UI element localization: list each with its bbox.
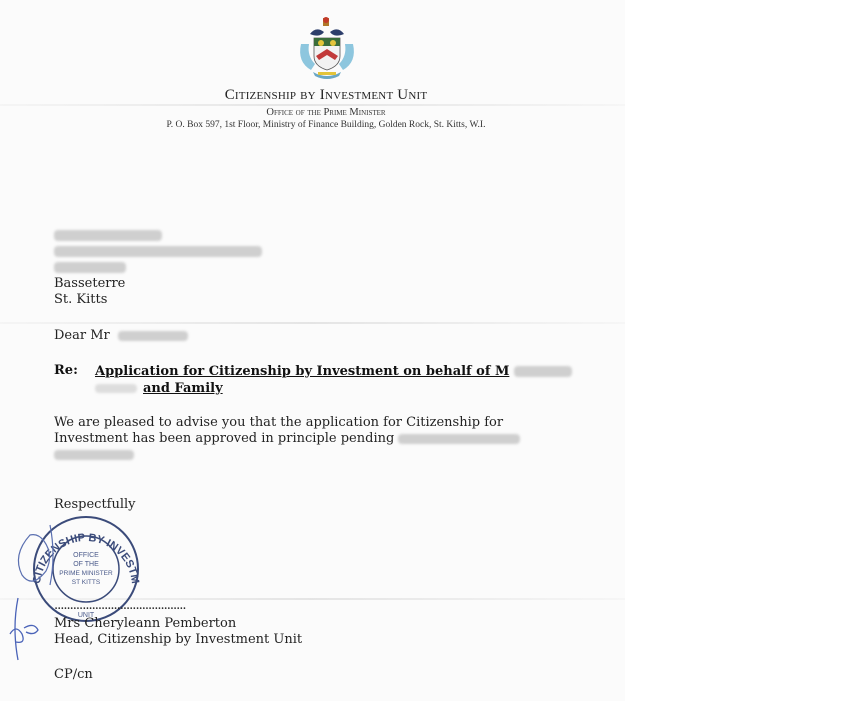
recipient-line-redacted (54, 244, 262, 260)
letterhead-office: Office of the Prime Minister (0, 107, 652, 118)
svg-text:ST KITTS: ST KITTS (72, 579, 101, 586)
subject-label: Re: (54, 363, 78, 378)
reference-initials: CP/cn (54, 667, 93, 683)
letterhead-address: P. O. Box 597, 1st Floor, Ministry of Fi… (0, 120, 652, 130)
svg-text:OF THE: OF THE (73, 561, 99, 568)
salutation-text: Dear Mr (54, 328, 110, 343)
signature-line: ........................................… (54, 598, 186, 613)
recipient-address: Basseterre St. Kitts (54, 228, 262, 308)
signature-scribble-icon (6, 594, 50, 664)
scan-streak (0, 104, 625, 106)
scan-streak (0, 322, 625, 324)
recipient-line-redacted (54, 228, 262, 244)
signatory: Mrs Cheryleann Pemberton Head, Citizensh… (54, 616, 302, 648)
body-line-1: We are pleased to advise you that the ap… (54, 415, 520, 431)
coat-of-arms-icon (296, 16, 358, 82)
body-line-3 (54, 447, 520, 463)
subject-text-2: and Family (143, 381, 223, 396)
redacted-name (514, 366, 572, 377)
redacted-name (95, 384, 137, 393)
subject-line: Application for Citizenship by Investmen… (95, 363, 572, 397)
letter-page: Citizenship by Investment Unit Office of… (0, 0, 625, 701)
signatory-title: Head, Citizenship by Investment Unit (54, 632, 302, 648)
signatory-name: Mrs Cheryleann Pemberton (54, 616, 302, 632)
svg-text:PRIME MINISTER: PRIME MINISTER (59, 570, 113, 577)
recipient-island: St. Kitts (54, 292, 262, 308)
body-line-2: Investment has been approved in principl… (54, 431, 520, 447)
letterhead-title: Citizenship by Investment Unit (0, 87, 652, 104)
redacted-name (118, 331, 188, 341)
redacted-text (54, 450, 134, 460)
subject-text-1: Application for Citizenship by Investmen… (95, 364, 509, 379)
salutation: Dear Mr (54, 328, 188, 344)
recipient-city: Basseterre (54, 276, 262, 292)
redacted-text (398, 434, 520, 444)
body-paragraph: We are pleased to advise you that the ap… (54, 415, 520, 463)
svg-text:OFFICE: OFFICE (73, 552, 99, 559)
recipient-line-redacted (54, 260, 262, 276)
